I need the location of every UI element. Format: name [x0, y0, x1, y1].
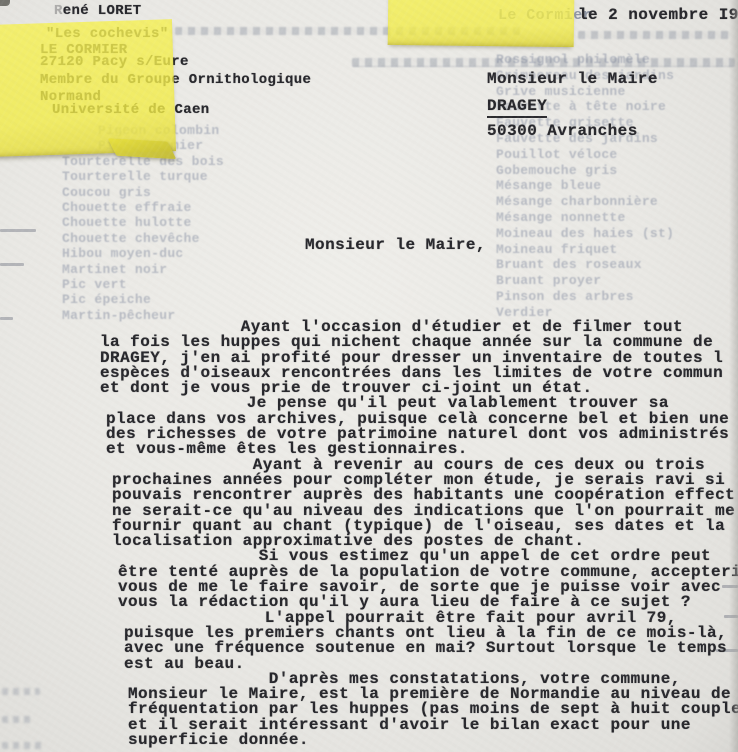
scanned-letter-page: Pigeon colombinPigeon ramierTourterelle … — [0, 0, 738, 752]
yellow-sticky-note-left — [0, 19, 176, 157]
sticky-note-folded-corner — [108, 138, 177, 159]
yellow-sticky-note-top — [388, 0, 575, 47]
sticky-notes-layer — [0, 0, 738, 752]
